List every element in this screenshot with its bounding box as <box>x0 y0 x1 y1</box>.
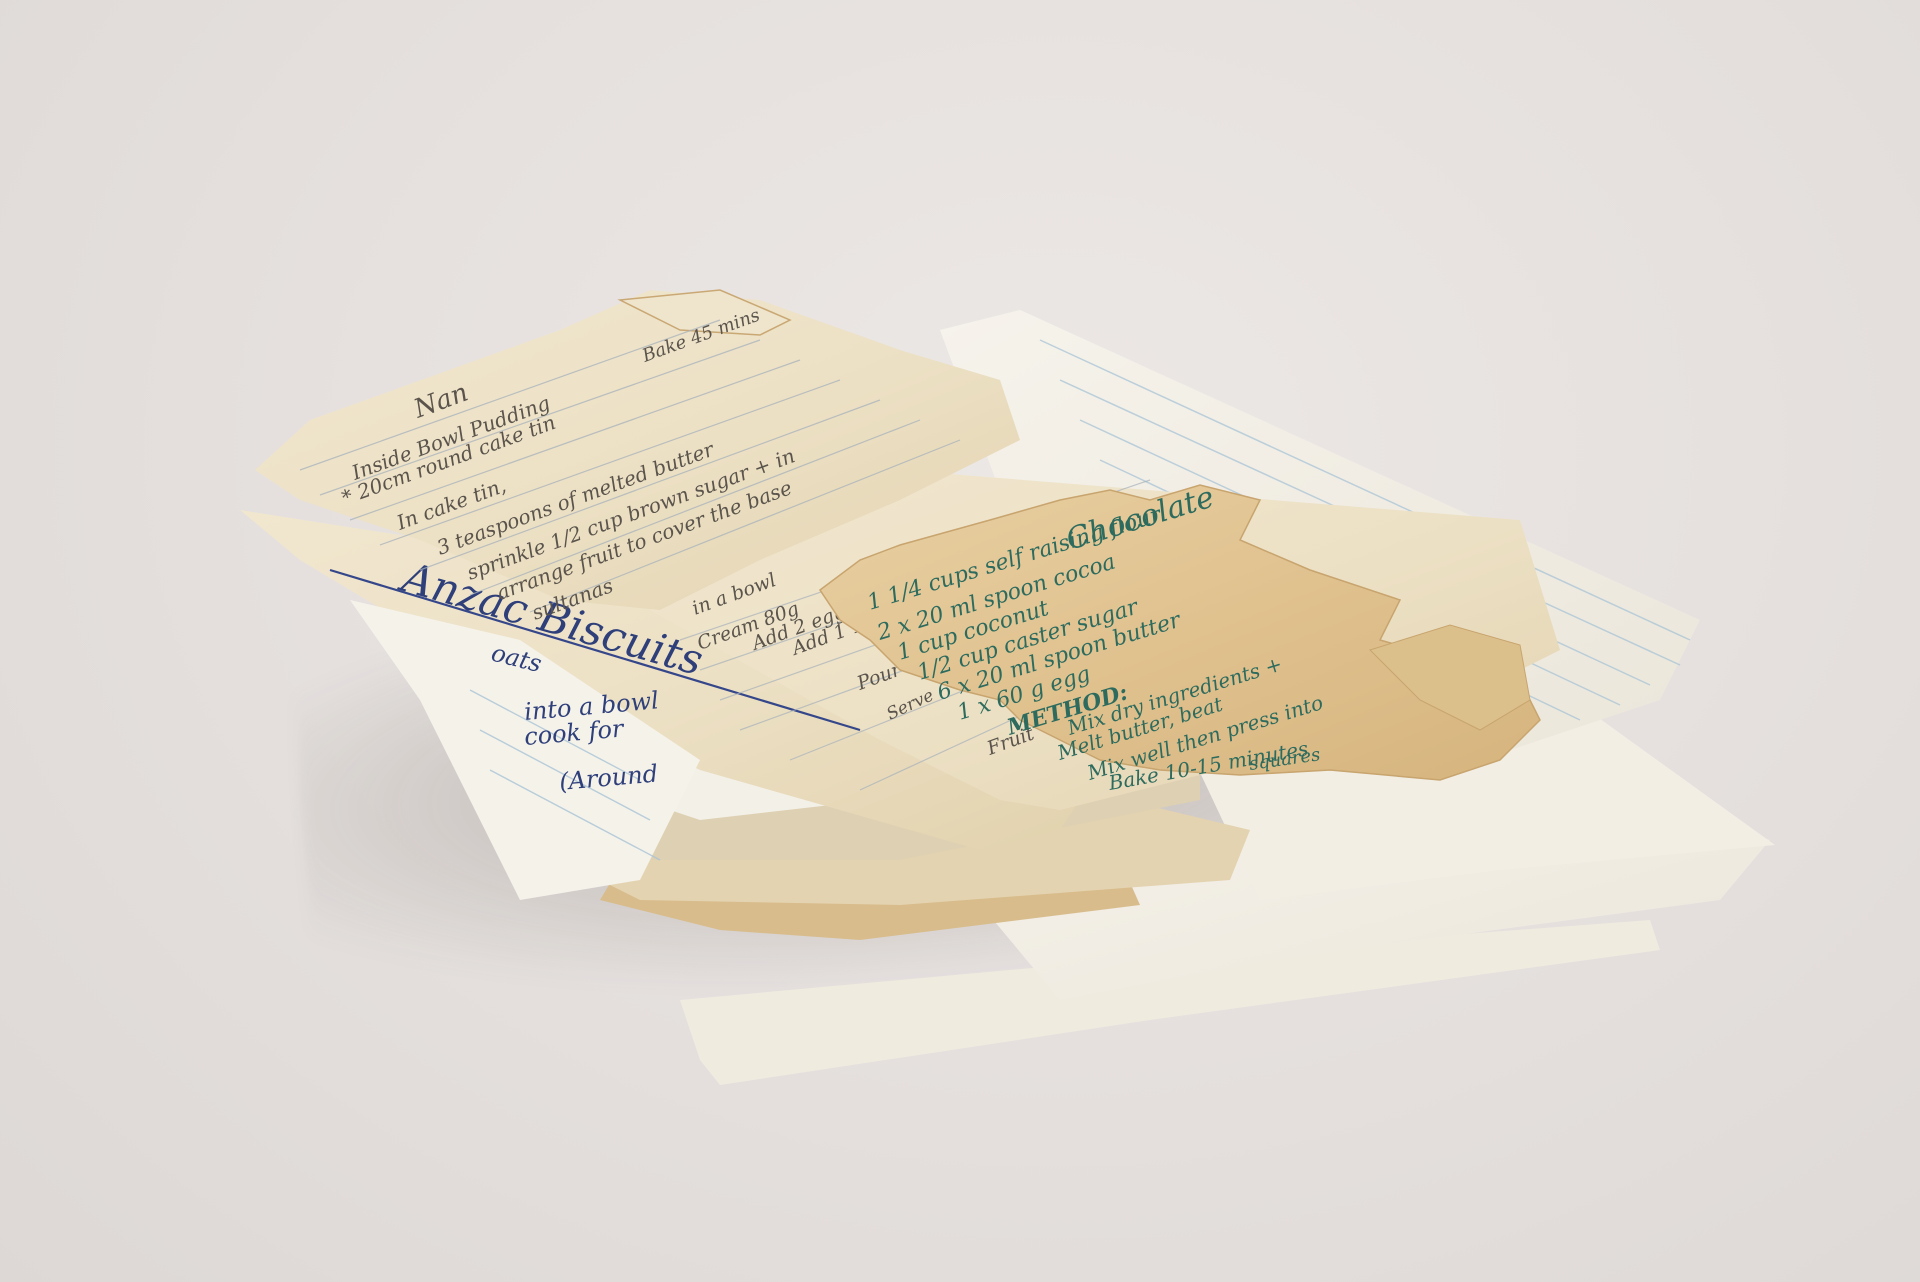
recipe-paper-stack: Anzac Biscuits oats into a bowl cook for… <box>0 0 1920 1282</box>
photo-scene: Anzac Biscuits oats into a bowl cook for… <box>0 0 1920 1282</box>
